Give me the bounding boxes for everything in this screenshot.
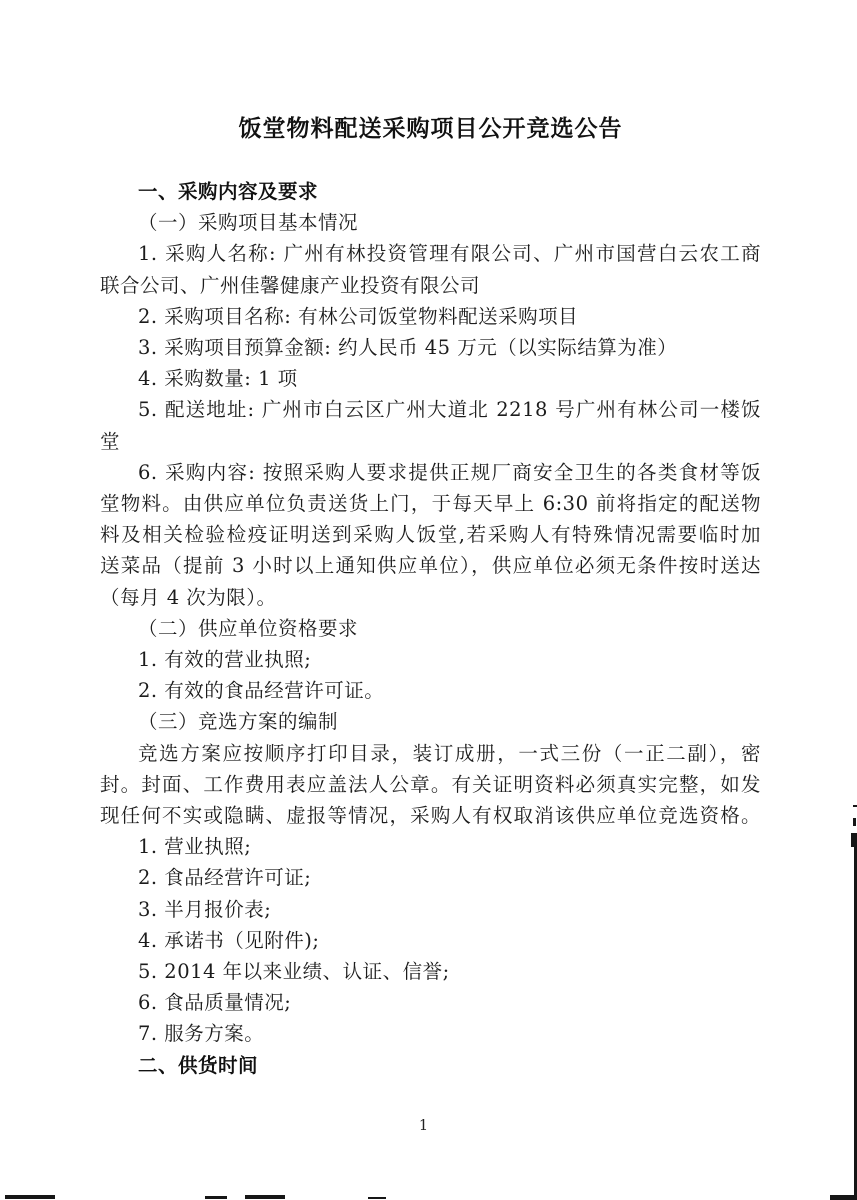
document-line: 1. 有效的营业执照; bbox=[100, 644, 761, 675]
document-line: 封。封面、工作费用表应盖法人公章。有关证明资料必须真实完整，如发 bbox=[100, 769, 761, 800]
document-line: 5. 2014 年以来业绩、认证、信誉; bbox=[100, 956, 761, 987]
document-content: 饭堂物料配送采购项目公开竞选公告 一、采购内容及要求（一）采购项目基本情况1. … bbox=[100, 112, 761, 1081]
document-line: 4. 采购数量: 1 项 bbox=[100, 363, 761, 394]
document-line: 联合公司、广州佳馨健康产业投资有限公司 bbox=[100, 270, 761, 301]
scan-artifact-bottom-4 bbox=[368, 1197, 386, 1199]
document-line: 料及相关检验检疫证明送到采购人饭堂,若采购人有特殊情况需要临时加 bbox=[100, 519, 761, 550]
scan-artifact-bottom-1 bbox=[5, 1195, 55, 1199]
document-line: 2. 采购项目名称: 有林公司饭堂物料配送采购项目 bbox=[100, 301, 761, 332]
document-line: 3. 采购项目预算金额: 约人民币 45 万元（以实际结算为准） bbox=[100, 332, 761, 363]
document-line: 送菜品（提前 3 小时以上通知供应单位），供应单位必须无条件按时送达 bbox=[100, 550, 761, 581]
document-line: 6. 食品质量情况; bbox=[100, 987, 761, 1018]
scanned-document-page: 饭堂物料配送采购项目公开竞选公告 一、采购内容及要求（一）采购项目基本情况1. … bbox=[0, 0, 857, 1200]
document-line: 堂 bbox=[100, 426, 761, 457]
document-body: 一、采购内容及要求（一）采购项目基本情况1. 采购人名称: 广州有林投资管理有限… bbox=[100, 176, 761, 1081]
document-line: （三）竞选方案的编制 bbox=[100, 706, 761, 737]
document-line: 3. 半月报价表; bbox=[100, 894, 761, 925]
document-line: 二、供货时间 bbox=[100, 1050, 761, 1081]
document-line: （二）供应单位资格要求 bbox=[100, 613, 761, 644]
document-line: 竞选方案应按顺序打印目录，装订成册，一式三份（一正二副），密 bbox=[100, 738, 761, 769]
document-line: 5. 配送地址: 广州市白云区广州大道北 2218 号广州有林公司一楼饭 bbox=[100, 394, 761, 425]
document-line: 1. 营业执照; bbox=[100, 831, 761, 862]
document-line: （每月 4 次为限）。 bbox=[100, 582, 761, 613]
scan-artifact-bottom-2 bbox=[205, 1196, 227, 1199]
page-number: 1 bbox=[0, 1118, 847, 1134]
document-line: 堂物料。由供应单位负责送货上门，于每天早上 6:30 前将指定的配送物 bbox=[100, 488, 761, 519]
document-line: 4. 承诺书（见附件); bbox=[100, 925, 761, 956]
document-line: 1. 采购人名称: 广州有林投资管理有限公司、广州市国营白云农工商 bbox=[100, 238, 761, 269]
document-line: 7. 服务方案。 bbox=[100, 1018, 761, 1049]
document-line: 现任何不实或隐瞒、虚报等情况，采购人有权取消该供应单位竞选资格。 bbox=[100, 800, 761, 831]
scan-artifact-dash-1 bbox=[853, 805, 857, 807]
scan-artifact-dash-2 bbox=[853, 818, 856, 826]
document-line: 2. 有效的食品经营许可证。 bbox=[100, 675, 761, 706]
document-title: 饭堂物料配送采购项目公开竞选公告 bbox=[100, 112, 761, 146]
document-line: 2. 食品经营许可证; bbox=[100, 862, 761, 893]
document-line: 6. 采购内容: 按照采购人要求提供正规厂商安全卫生的各类食材等饭 bbox=[100, 457, 761, 488]
document-line: （一）采购项目基本情况 bbox=[100, 207, 761, 238]
document-line: 一、采购内容及要求 bbox=[100, 176, 761, 207]
scan-artifact-bottom-5 bbox=[830, 1195, 857, 1200]
scan-artifact-bottom-3 bbox=[245, 1195, 285, 1199]
